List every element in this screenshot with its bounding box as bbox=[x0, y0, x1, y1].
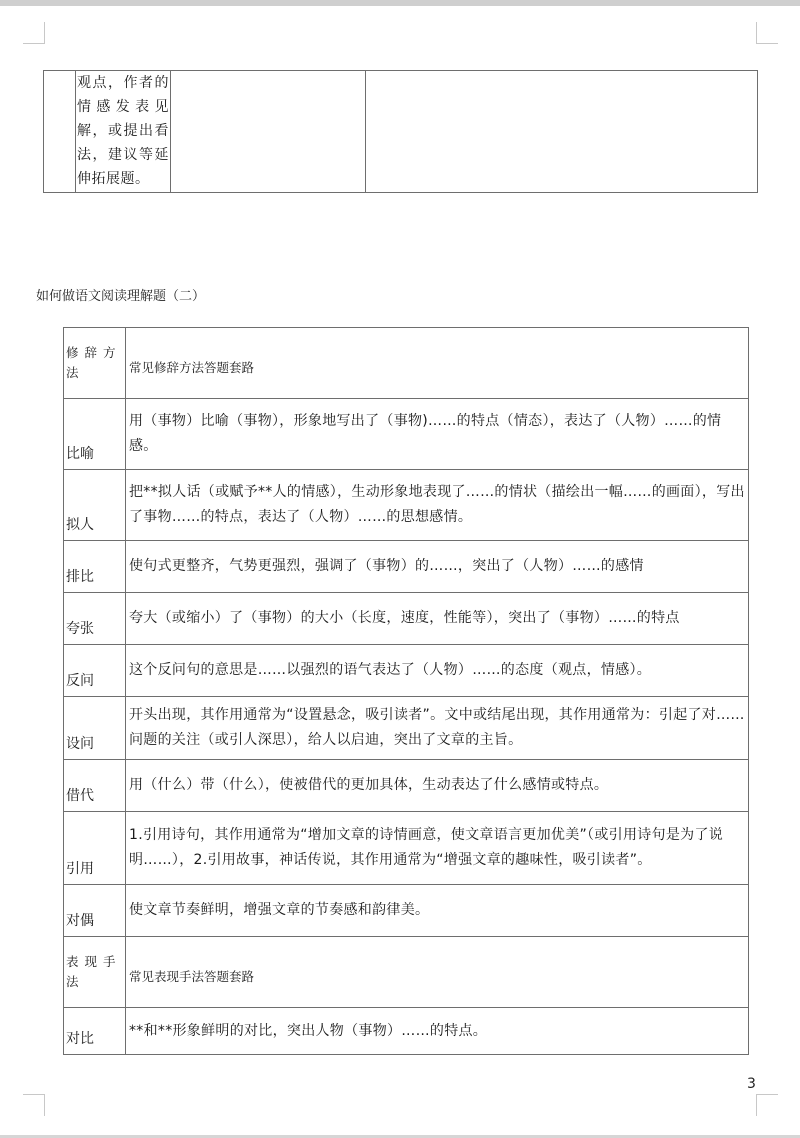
technique-answer-template: 用（事物）比喻（事物），形象地写出了（事物)……的特点（情态），表达了（人物）…… bbox=[126, 399, 749, 470]
technique-answer-template: 使句式更整齐，气势更强烈，强调了（事物）的……，突出了（人物）……的感情 bbox=[126, 541, 749, 593]
table-row: 反问这个反问句的意思是……以强烈的语气表达了（人物）……的态度（观点，情感）。 bbox=[64, 645, 749, 697]
crop-mark-bottom-left bbox=[23, 1094, 45, 1116]
table-cell bbox=[171, 71, 366, 193]
table-row: 借代用（什么）带（什么），使被借代的更加具体，生动表达了什么感情或特点。 bbox=[64, 760, 749, 812]
technique-answer-template: **和**形象鲜明的对比，突出人物（事物）……的特点。 bbox=[126, 1008, 749, 1055]
technique-label: 借代 bbox=[64, 760, 126, 812]
table-row: 引用1.引用诗句，其作用通常为“增加文章的诗情画意，使文章语言更加优美”（或引用… bbox=[64, 812, 749, 885]
technique-label: 引用 bbox=[64, 812, 126, 885]
technique-label: 排比 bbox=[64, 541, 126, 593]
table-row: 观点，作者的情感发表见解，或提出看法，建议等延伸拓展题。 bbox=[44, 71, 758, 193]
section-title: 如何做语文阅读理解题（二） bbox=[36, 285, 205, 304]
table-cell: 观点，作者的情感发表见解，或提出看法，建议等延伸拓展题。 bbox=[76, 71, 171, 193]
table-row: 拟人把**拟人话（或赋予**人的情感），生动形象地表现了……的情状（描绘出一幅…… bbox=[64, 470, 749, 541]
technique-label: 设问 bbox=[64, 697, 126, 760]
table-row: 对偶使文章节奏鲜明，增强文章的节奏感和韵律美。 bbox=[64, 885, 749, 937]
table-cell bbox=[366, 71, 758, 193]
category-description: 常见修辞方法答题套路 bbox=[126, 328, 749, 399]
page-number: 3 bbox=[747, 1076, 756, 1092]
viewer-top-edge bbox=[0, 0, 800, 6]
technique-answer-template: 使文章节奏鲜明，增强文章的节奏感和韵律美。 bbox=[126, 885, 749, 937]
technique-answer-template: 这个反问句的意思是……以强烈的语气表达了（人物）……的态度（观点，情感）。 bbox=[126, 645, 749, 697]
table-row: 设问开头出现，其作用通常为“设置悬念，吸引读者”。文中或结尾出现，其作用通常为：… bbox=[64, 697, 749, 760]
technique-label: 对偶 bbox=[64, 885, 126, 937]
crop-mark-bottom-right bbox=[756, 1094, 778, 1116]
table-header-row: 表现手法常见表现手法答题套路 bbox=[64, 937, 749, 1008]
category-label: 修辞方法 bbox=[64, 328, 126, 399]
crop-mark-top-right bbox=[756, 22, 778, 44]
table-row: 夸张夸大（或缩小）了（事物）的大小（长度，速度，性能等），突出了（事物）……的特… bbox=[64, 593, 749, 645]
technique-answer-template: 用（什么）带（什么），使被借代的更加具体，生动表达了什么感情或特点。 bbox=[126, 760, 749, 812]
technique-answer-template: 开头出现，其作用通常为“设置悬念，吸引读者”。文中或结尾出现，其作用通常为：引起… bbox=[126, 697, 749, 760]
category-description: 常见表现手法答题套路 bbox=[126, 937, 749, 1008]
table-row: 比喻用（事物）比喻（事物），形象地写出了（事物)……的特点（情态），表达了（人物… bbox=[64, 399, 749, 470]
technique-answer-template: 夸大（或缩小）了（事物）的大小（长度，速度，性能等），突出了（事物）……的特点 bbox=[126, 593, 749, 645]
technique-label: 反问 bbox=[64, 645, 126, 697]
technique-answer-template: 1.引用诗句，其作用通常为“增加文章的诗情画意，使文章语言更加优美”（或引用诗句… bbox=[126, 812, 749, 885]
rhetoric-table: 修辞方法常见修辞方法答题套路比喻用（事物）比喻（事物），形象地写出了（事物)……… bbox=[63, 327, 749, 1055]
table-cell bbox=[44, 71, 76, 193]
category-label: 表现手法 bbox=[64, 937, 126, 1008]
table-header-row: 修辞方法常见修辞方法答题套路 bbox=[64, 328, 749, 399]
table-row: 排比使句式更整齐，气势更强烈，强调了（事物）的……，突出了（人物）……的感情 bbox=[64, 541, 749, 593]
technique-label: 拟人 bbox=[64, 470, 126, 541]
continued-table: 观点，作者的情感发表见解，或提出看法，建议等延伸拓展题。 bbox=[43, 70, 758, 193]
table-row: 对比**和**形象鲜明的对比，突出人物（事物）……的特点。 bbox=[64, 1008, 749, 1055]
technique-label: 对比 bbox=[64, 1008, 126, 1055]
crop-mark-top-left bbox=[23, 22, 45, 44]
technique-label: 夸张 bbox=[64, 593, 126, 645]
technique-answer-template: 把**拟人话（或赋予**人的情感），生动形象地表现了……的情状（描绘出一幅……的… bbox=[126, 470, 749, 541]
technique-label: 比喻 bbox=[64, 399, 126, 470]
